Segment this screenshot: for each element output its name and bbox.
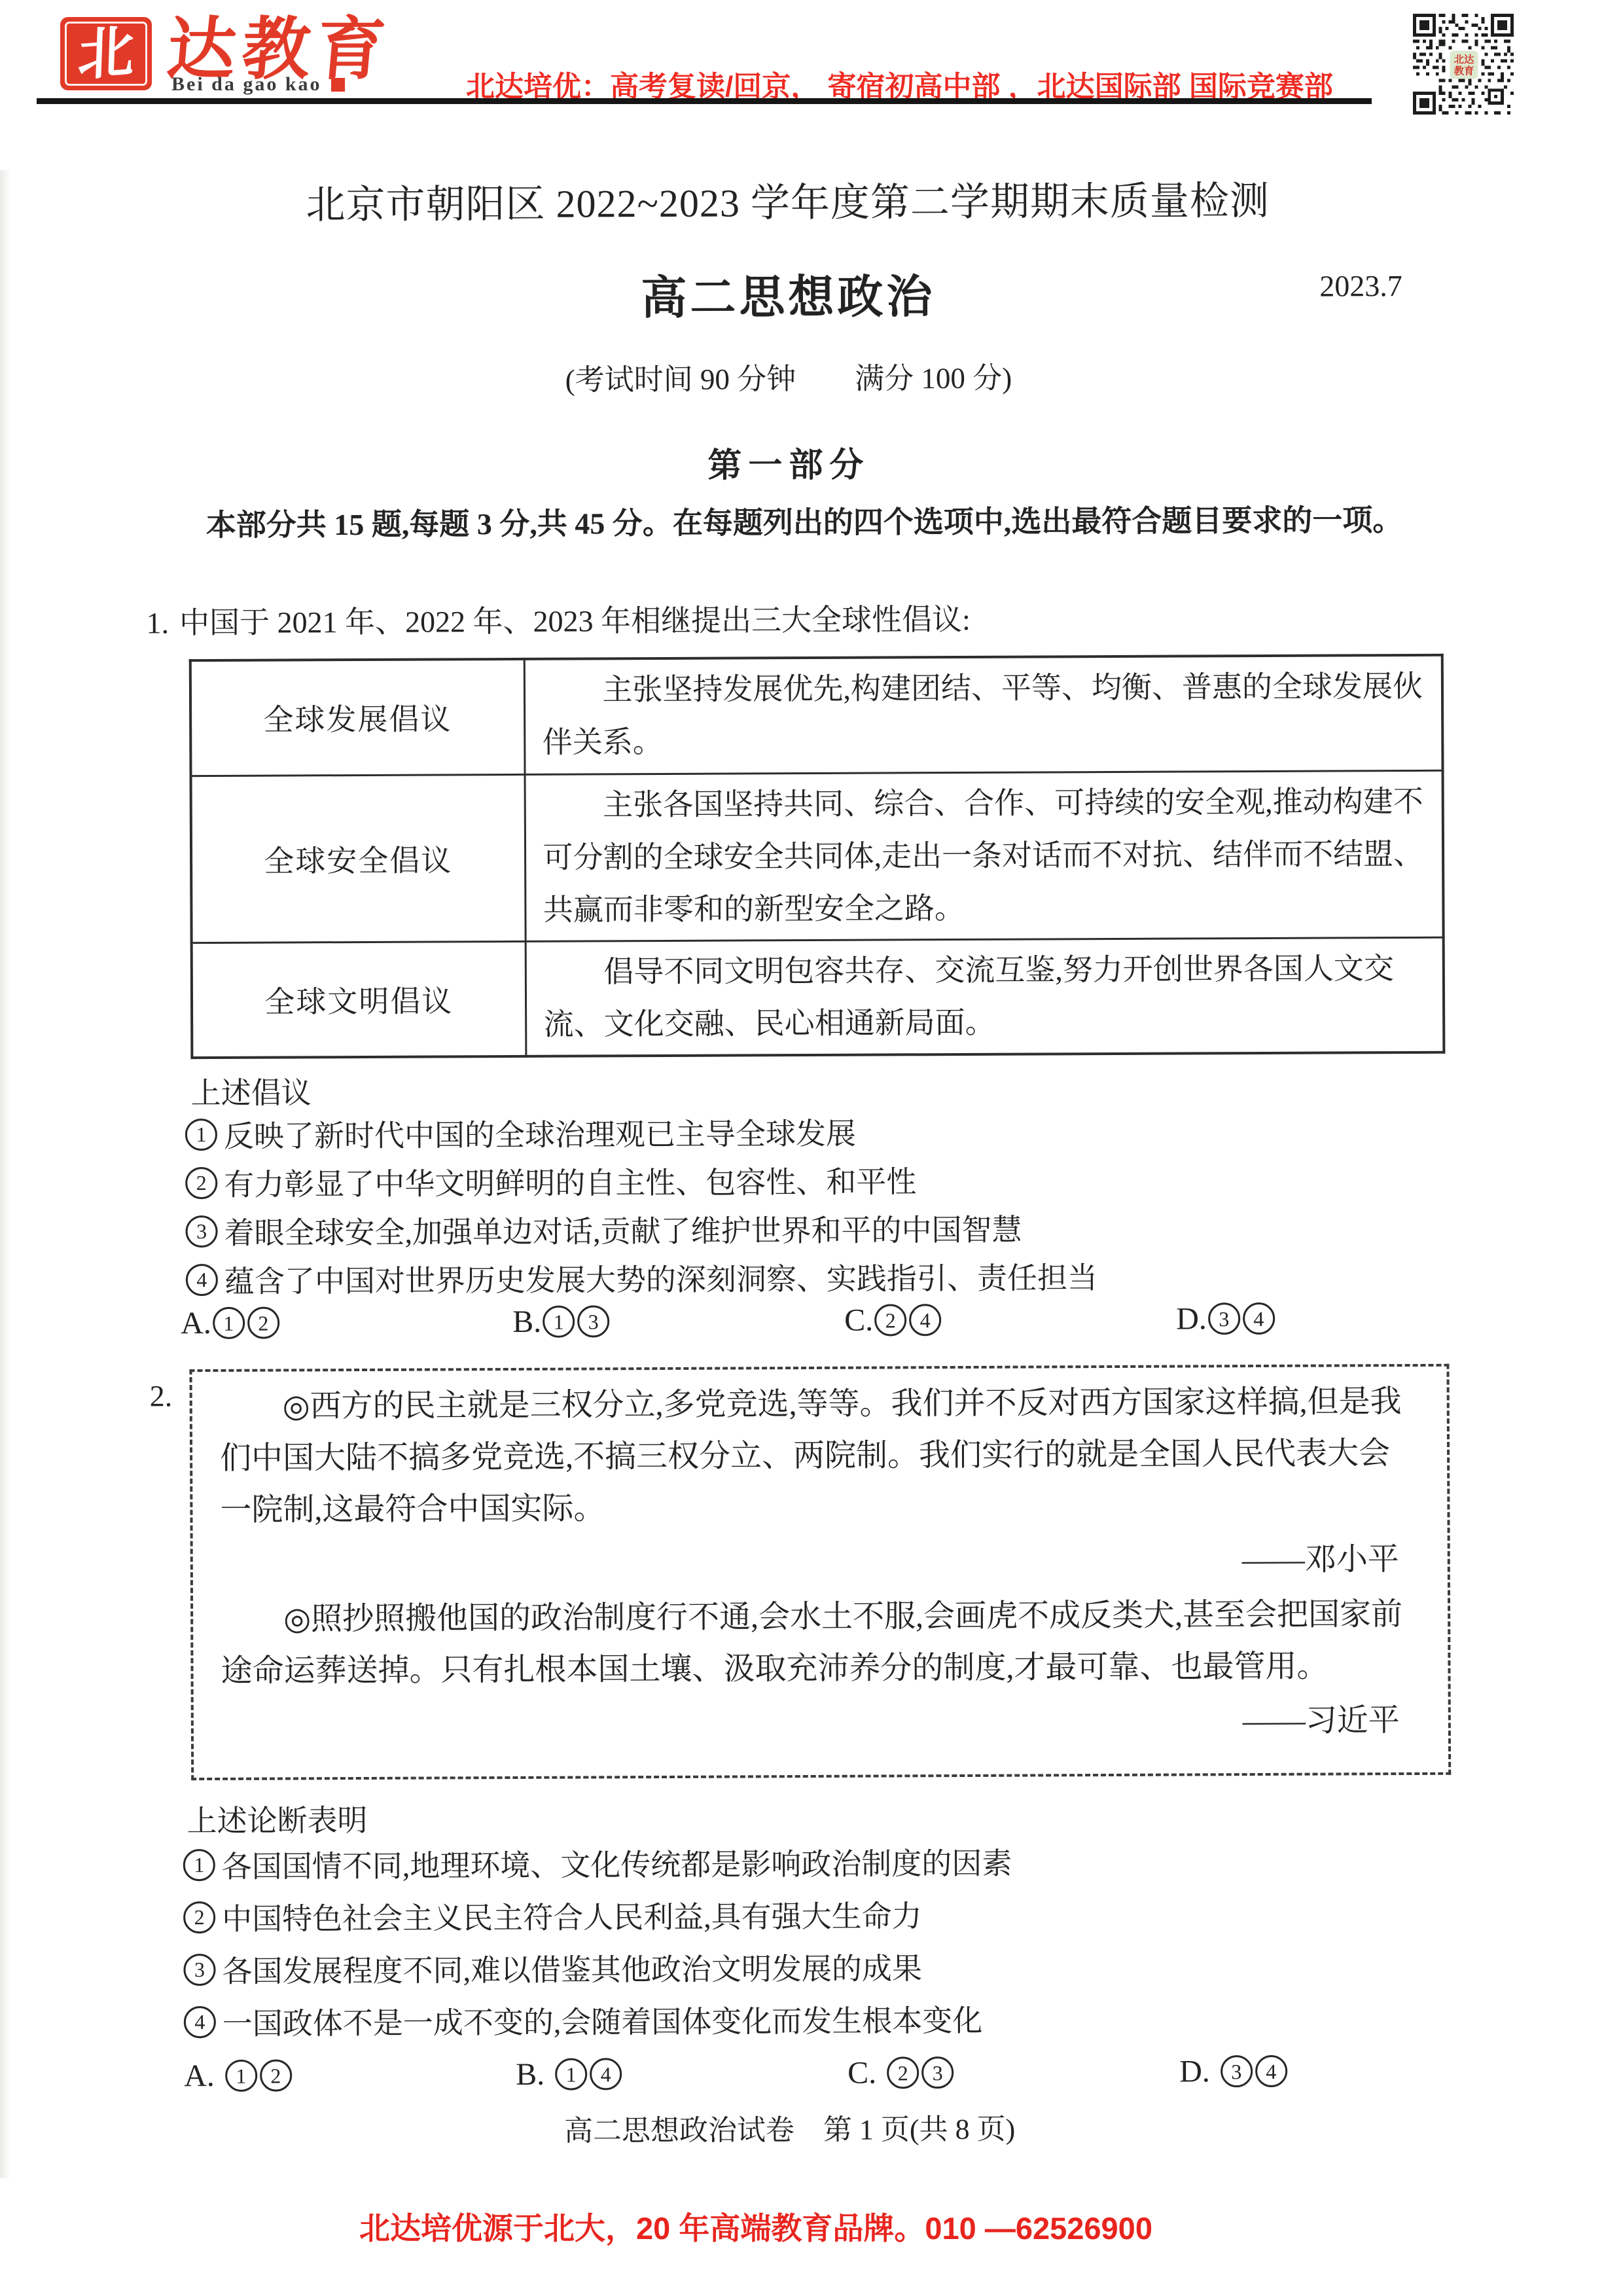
circled-number: 4 <box>909 1304 941 1336</box>
question-1-stem: 1.中国于 2021 年、2022 年、2023 年相继提出三大全球性倡议: <box>146 598 1501 643</box>
question-1-statements: 1 反映了新时代中国的全球治理观已主导全球发展 2 有力彰显了中华文明鲜明的自主… <box>185 1106 1097 1304</box>
circled-number: 3 <box>1221 2055 1253 2087</box>
circled-number: 1 <box>185 1118 217 1150</box>
item-text: 一国政体不是一成不变的,会随着国体变化而发生根本变化 <box>223 1997 983 2043</box>
option-c: C.24 <box>844 1301 1176 1338</box>
option-label: D. <box>1176 1300 1207 1336</box>
circled-number: 1 <box>213 1307 245 1339</box>
circled-number: 2 <box>887 2056 919 2089</box>
circled-number: 4 <box>1243 1302 1275 1335</box>
question-2-lead-in: 上述论断表明 <box>187 1797 367 1840</box>
circled-number: 3 <box>1208 1302 1240 1335</box>
option-d: D.34 <box>1176 1300 1276 1337</box>
circled-number: 2 <box>183 1901 215 1933</box>
initiative-desc-cell: 主张各国坚持共同、综合、合作、可持续的安全观,推动构建不可分割的全球安全共同体,… <box>525 770 1444 941</box>
item-text: 着眼全球安全,加强单边对话,贡献了维护世界和平的中国智慧 <box>224 1206 1022 1253</box>
item-text: 反映了新时代中国的全球治理观已主导全球发展 <box>224 1110 856 1156</box>
circled-number: 4 <box>1255 2055 1287 2087</box>
item-text: 有力彰显了中华文明鲜明的自主性、包容性、和平性 <box>224 1158 916 1204</box>
circled-number: 4 <box>184 2005 216 2037</box>
item-text: 各国发展程度不同,难以借鉴其他政治文明发展的成果 <box>222 1945 922 1991</box>
circled-number: 2 <box>874 1304 906 1336</box>
circled-number: 3 <box>921 2056 954 2089</box>
option-b: B.14 <box>516 2055 847 2092</box>
part-one-instructions: 本部分共 15 题,每题 3 分,共 45 分。在每题列出的四个选项中,选出最符… <box>146 495 1474 551</box>
footer-slogan: 北达培优源于北大，20 年高端教育品牌。010 —62526900 <box>0 2204 1512 2248</box>
initiative-desc-cell: 倡导不同文明包容共存、交流互鉴,努力开创世界各国人文交流、文化交融、民心相通新局… <box>526 937 1444 1056</box>
list-item: 2 有力彰显了中华文明鲜明的自主性、包容性、和平性 <box>185 1155 1097 1207</box>
question-1-options: A.12 B.13 C.24 D.34 <box>181 1300 1276 1341</box>
list-item: 1 反映了新时代中国的全球治理观已主导全球发展 <box>185 1106 1097 1158</box>
circled-number: 1 <box>183 1848 215 1880</box>
option-d: D.34 <box>1179 2053 1289 2090</box>
list-item: 4 一国政体不是一成不变的,会随着国体变化而发生根本变化 <box>184 1992 1013 2049</box>
item-text: 各国国情不同,地理环境、文化传统都是影响政治制度的因素 <box>222 1840 1012 1886</box>
circled-number: 2 <box>185 1166 217 1198</box>
list-item: 2 中国特色社会主义民主符合人民利益,具有强大生命力 <box>183 1888 1012 1944</box>
exam-date: 2023.7 <box>1319 268 1402 304</box>
list-item: 3 着眼全球安全,加强单边对话,贡献了维护世界和平的中国智慧 <box>185 1203 1097 1255</box>
quote-attribution: ——习近平 <box>221 1692 1416 1755</box>
option-label: A. <box>184 2058 215 2094</box>
circled-number: 1 <box>543 1306 575 1338</box>
option-a: A.12 <box>184 2056 516 2094</box>
initiative-name-cell: 全球发展倡议 <box>190 659 525 776</box>
circled-number: 3 <box>577 1305 609 1337</box>
option-a: A.12 <box>181 1304 512 1341</box>
quote-text: ◎照抄照搬他国的政治制度行不通,会水土不服,会画虎不成反类犬,甚至会把国家前途命… <box>221 1588 1416 1697</box>
question-2-options: A.12 B.14 C.23 D.34 <box>184 2053 1289 2094</box>
exam-content: 北京市朝阳区 2022~2023 学年度第二学期期末质量检测 高二思想政治 20… <box>0 0 1623 2296</box>
item-text: 蕴含了中国对世界历史发展大势的深刻洞察、实践指引、责任担当 <box>224 1254 1097 1301</box>
circled-number: 1 <box>555 2058 587 2090</box>
page-number-label: 高二思想政治试卷 第 1 页(共 8 页) <box>4 2103 1575 2151</box>
circled-number: 4 <box>186 1263 218 1295</box>
question-number: 2. <box>150 1378 173 1413</box>
initiatives-table: 全球发展倡议 主张坚持发展优先,构建团结、平等、均衡、普惠的全球发展伙伴关系。 … <box>189 654 1446 1059</box>
exam-title: 北京市朝阳区 2022~2023 学年度第二学期期末质量检测 <box>0 168 1580 232</box>
initiative-name-cell: 全球安全倡议 <box>191 774 526 942</box>
option-b: B.13 <box>512 1302 844 1340</box>
option-c: C.23 <box>847 2054 1179 2091</box>
quote-box: ◎西方的民主就是三权分立,多党竞选,等等。我们并不反对西方国家这样搞,但是我们中… <box>189 1364 1451 1780</box>
option-label: B. <box>512 1304 541 1340</box>
question-2-statements: 1 各国国情不同,地理环境、文化传统都是影响政治制度的因素 2 中国特色社会主义… <box>183 1835 1013 2049</box>
list-item: 4 蕴含了中国对世界历史发展大势的深刻洞察、实践指引、责任担当 <box>186 1251 1097 1304</box>
initiative-name-cell: 全球文明倡议 <box>192 941 526 1058</box>
list-item: 1 各国国情不同,地理环境、文化传统都是影响政治制度的因素 <box>183 1835 1012 1892</box>
circled-number: 3 <box>183 1953 215 1985</box>
option-label: C. <box>844 1302 873 1338</box>
table-row: 全球文明倡议 倡导不同文明包容共存、交流互鉴,努力开创世界各国人文交流、文化交融… <box>192 937 1444 1058</box>
option-label: A. <box>181 1305 211 1341</box>
item-text: 中国特色社会主义民主符合人民利益,具有强大生命力 <box>222 1892 922 1939</box>
part-one-heading: 第一部分 <box>0 434 1581 490</box>
question-number: 1. <box>146 606 169 639</box>
circled-number: 4 <box>590 2058 622 2090</box>
option-label: C. <box>847 2055 876 2091</box>
exam-duration-score: (考试时间 90 分钟 满分 100 分) <box>0 351 1580 401</box>
exam-paper-page: 北 达教育 Bei da gao kao 北达培优：高考复读/回京， 寄宿初高中… <box>0 0 1623 2296</box>
option-label: D. <box>1179 2053 1210 2089</box>
table-row: 全球发展倡议 主张坚持发展优先,构建团结、平等、均衡、普惠的全球发展伙伴关系。 <box>190 655 1443 776</box>
option-label: B. <box>516 2056 544 2092</box>
question-text: 中国于 2021 年、2022 年、2023 年相继提出三大全球性倡议: <box>179 603 971 639</box>
circled-number: 2 <box>260 2059 292 2091</box>
initiative-desc-cell: 主张坚持发展优先,构建团结、平等、均衡、普惠的全球发展伙伴关系。 <box>524 655 1443 774</box>
list-item: 3 各国发展程度不同,难以借鉴其他政治文明发展的成果 <box>183 1940 1012 1996</box>
circled-number: 1 <box>225 2060 257 2092</box>
circled-number: 3 <box>185 1215 217 1247</box>
question-1-lead-in: 上述倡议 <box>190 1069 311 1113</box>
quote-text: ◎西方的民主就是三权分立,多党竞选,等等。我们并不反对西方国家这样搞,但是我们中… <box>220 1376 1415 1536</box>
circled-number: 2 <box>247 1307 279 1339</box>
quote-attribution: ——邓小平 <box>221 1531 1415 1594</box>
table-row: 全球安全倡议 主张各国坚持共同、综合、合作、可持续的安全观,推动构建不可分割的全… <box>191 770 1444 942</box>
